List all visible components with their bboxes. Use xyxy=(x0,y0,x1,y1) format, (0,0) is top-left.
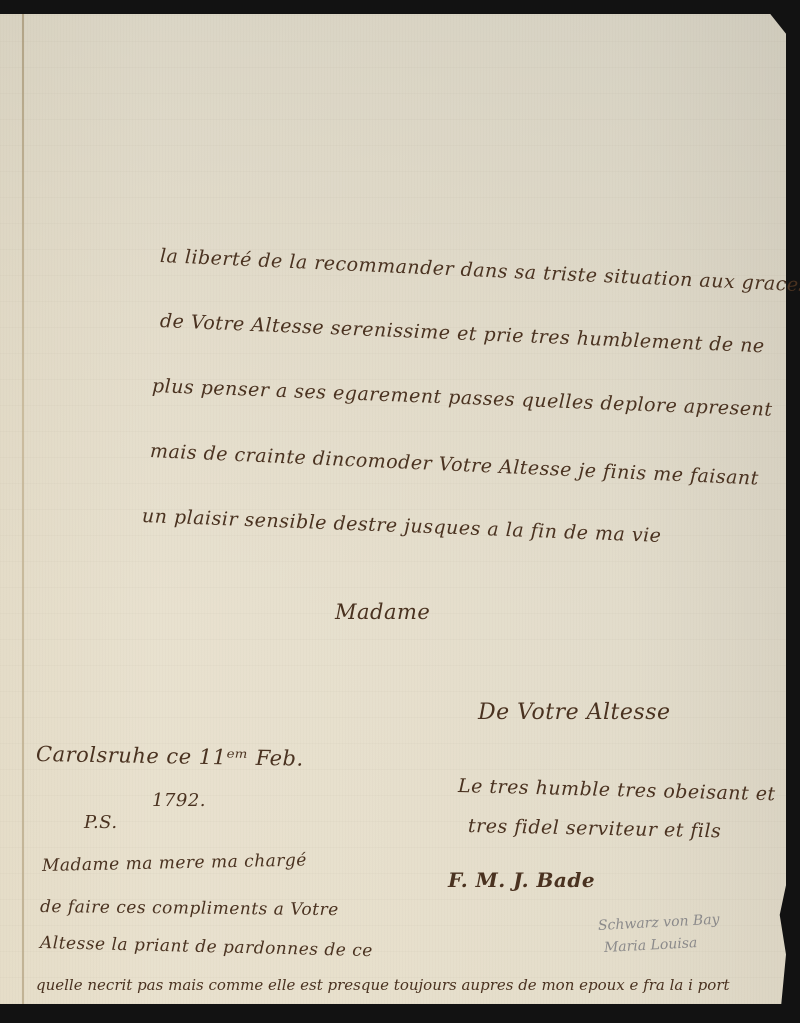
postscript-line-2: de faire ces compliments a Votre xyxy=(40,897,339,920)
paper-fold-crease xyxy=(22,14,24,1004)
closing-line-1: De Votre Altesse xyxy=(478,700,671,725)
signature: F. M. J. Bade xyxy=(448,868,595,892)
salutation: Madame xyxy=(335,600,430,624)
dateline-place: Carolsruhe ce 11ᵉᵐ Feb. xyxy=(36,742,304,771)
postscript-line-4: quelle necrit pas mais comme elle est pr… xyxy=(36,976,730,994)
postscript-label: P.S. xyxy=(84,812,118,833)
dateline-year: 1792. xyxy=(152,790,206,811)
